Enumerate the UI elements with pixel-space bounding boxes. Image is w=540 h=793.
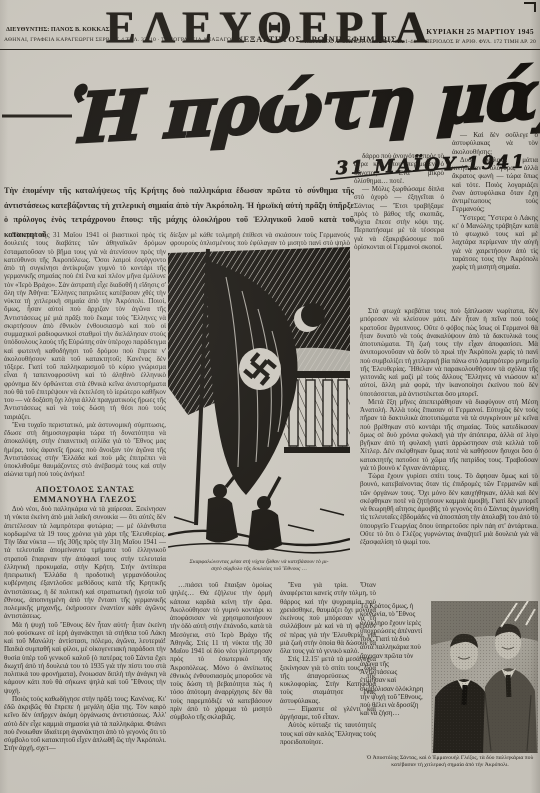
scan-corner-mark [524, 2, 536, 12]
paragraph: — Εἴμαστε σὲ γλέντι καὶ ἀργήσαμε, τοῦ εἶ… [280, 705, 376, 722]
paragraph: Τώρα ἔχουν γυρίσει σπίτι τους. Τὸ ἄφησαν… [360, 472, 538, 546]
lede-paragraph: Τὴν ἐπομένην τῆς καταλήψεως τῆς Κρήτης δ… [4, 184, 354, 230]
paragraph: Τὸ πρωὶ τῆς 31 Μαΐου 1941 οἱ βιαστικοὶ π… [4, 231, 166, 421]
paragraph: Ἕνα γιὰ τρία. Ὅταν ἀναφέρεται κανεὶς στὴ… [280, 581, 376, 655]
director-line: ΔΙΕΥΘΥΝΤΗΣ: ΠΑΝΟΣ Β. ΚΟΚΚΑΣ [6, 26, 110, 33]
paragraph: …πιάσει τοῦ ἔπαιξαν ὁμοίως ψηλές… Θὰ ἐζή… [170, 581, 272, 721]
caption-line: Σκαρφαλώνοντας μέσα στὴ νύχτα ἦλθαν νὰ κ… [168, 559, 350, 566]
column-d-wide: Στὰ φτωχὰ κρεβάτια τους ποὺ ξάπλωσαν νωρ… [360, 307, 538, 599]
issue-line: ΠΕΡΙΟΔΟΣ Α' ΟΚΤΩΣΕΛΙΔΕΣ ΦΥΛΛΑ 1-44 — ΠΕΡ… [305, 39, 536, 45]
date-line: ΚΥΡΙΑΚΗ 25 ΜΑΡΤΙΟΥ 1945 [426, 27, 534, 36]
paragraph: — Μόλις ξωρθώσαμε δίπλα στὸ ὀχυρὸ — ἐξηγ… [354, 185, 444, 251]
flag-lowering-illustration [168, 247, 350, 558]
address-line: ΑΘΗΝΑΙ, ΓΡΑΦΕΙΑ ΚΑΡΑΓΕΩΡΓΗ ΣΕΡΒΙΑΣ 4 ΤΗΛ… [4, 37, 243, 43]
paragraph: δίεξαν μὲ κάθε τολμηρὴ ἐπίθεσι νὰ σκιάσο… [170, 231, 350, 248]
subhead-name-santas: ΑΠΟΣΤΟΛΟΣ ΣΑΝΤΑΣ [4, 485, 166, 495]
column-c-upper: δάρρο ποὺ ἀνοιγόταν πρὸς τὸ ἀέρα καὶ ὅπο… [354, 152, 444, 304]
photo-caption: Ὁ Ἀποστόλης Σάντας, καὶ ὁ Ἐμμανουὴλ Γλέζ… [362, 755, 538, 769]
newspaper-front-page: ΕΛΕΥΘΕΡΙΑ ΔΙΕΥΘΥΝΤΗΣ: ΠΑΝΟΣ Β. ΚΟΚΚΑΣ ΑΘ… [0, 0, 540, 793]
column-b-top: δίεξαν μὲ κάθε τολμηρὴ ἐπίθεσι νὰ σκιάσο… [170, 231, 350, 248]
paragraph: Ἕνα τυχαῖο περιστατικό, μιὰ ἀστυνομικὴ σ… [4, 421, 166, 479]
paragraph: Μὰ ἡ ψυχὴ τοῦ Ἔθνους δὲν ἦταν αὐτή· ἦταν… [4, 621, 166, 695]
paragraph: Στὶς 12.15' μετὰ τὰ μεσάνυχτα ξεκίνησαν … [280, 655, 376, 705]
column-b-bottom: …πιάσει τοῦ ἔπαιξαν ὁμοίως ψηλές… Θὰ ἐζή… [170, 581, 272, 792]
paragraph: Ποιὸς τοὺς καθωδήγησε στὴν πρᾶξι τους; Κ… [4, 695, 166, 753]
subhead-name-glezos: ΕΜΜΑΝΟΥΗΛ ΓΛΕΖΟΣ [4, 495, 166, 505]
paragraph: Ὕστερα; Ὕστερα ὁ Λάκης κι' ὁ Μανώλης τρά… [452, 214, 538, 272]
caption-line: σητὸ σύμβολο τῆς δουλείας τοῦ Ἔθνους … [168, 566, 350, 573]
santas-glezos-photo [431, 601, 538, 753]
column-a-lower: Δυὸ νέοι, δυὸ παλληκάρια νὰ τὰ χαίρεσαι.… [4, 505, 166, 792]
article-subhead: ΑΠΟΣΤΟΛΟΣ ΣΑΝΤΑΣ ΕΜΜΑΝΟΥΗΛ ΓΛΕΖΟΣ [4, 484, 166, 505]
column-d-upper: — Καὶ δὲν σοῦλεγε ὁ ἀστυφύλακας νὰ τὸν ἀ… [452, 131, 538, 304]
paragraph: Δυὸ γαλανὰ μάτια κινήθηκαν ὁλόγυρα, ἀλλὰ… [452, 156, 538, 214]
paragraph: δάρρο ποὺ ἀνοιγόταν πρὸς τὸ ἀέρα καὶ ὅπο… [354, 152, 444, 185]
paragraph: Αὐτὸς κύτταξε τὶς ταυτότητές τους καὶ σὰ… [280, 721, 376, 746]
newspaper-title: ΕΛΕΥΘΕΡΙΑ [106, 0, 435, 53]
paragraph: Δυὸ νέοι, δυὸ παλληκάρια νὰ τὰ χαίρεσαι.… [4, 505, 166, 621]
paragraph: Μετὰ ἕξη μῆνες ἀπεπειράθησαν νὰ διαφύγου… [360, 398, 538, 472]
paragraph: — Καὶ δὲν σοῦλεγε ὁ ἀστυφύλακας νὰ τὸν ἀ… [452, 131, 538, 156]
paragraph: Στὰ φτωχὰ κρεβάτια τους ποὺ ξάπλωσαν νωρ… [360, 307, 538, 398]
illustration-caption: Σκαρφαλώνοντας μέσα στὴ νύχτα ἦλθαν νὰ κ… [168, 559, 350, 573]
